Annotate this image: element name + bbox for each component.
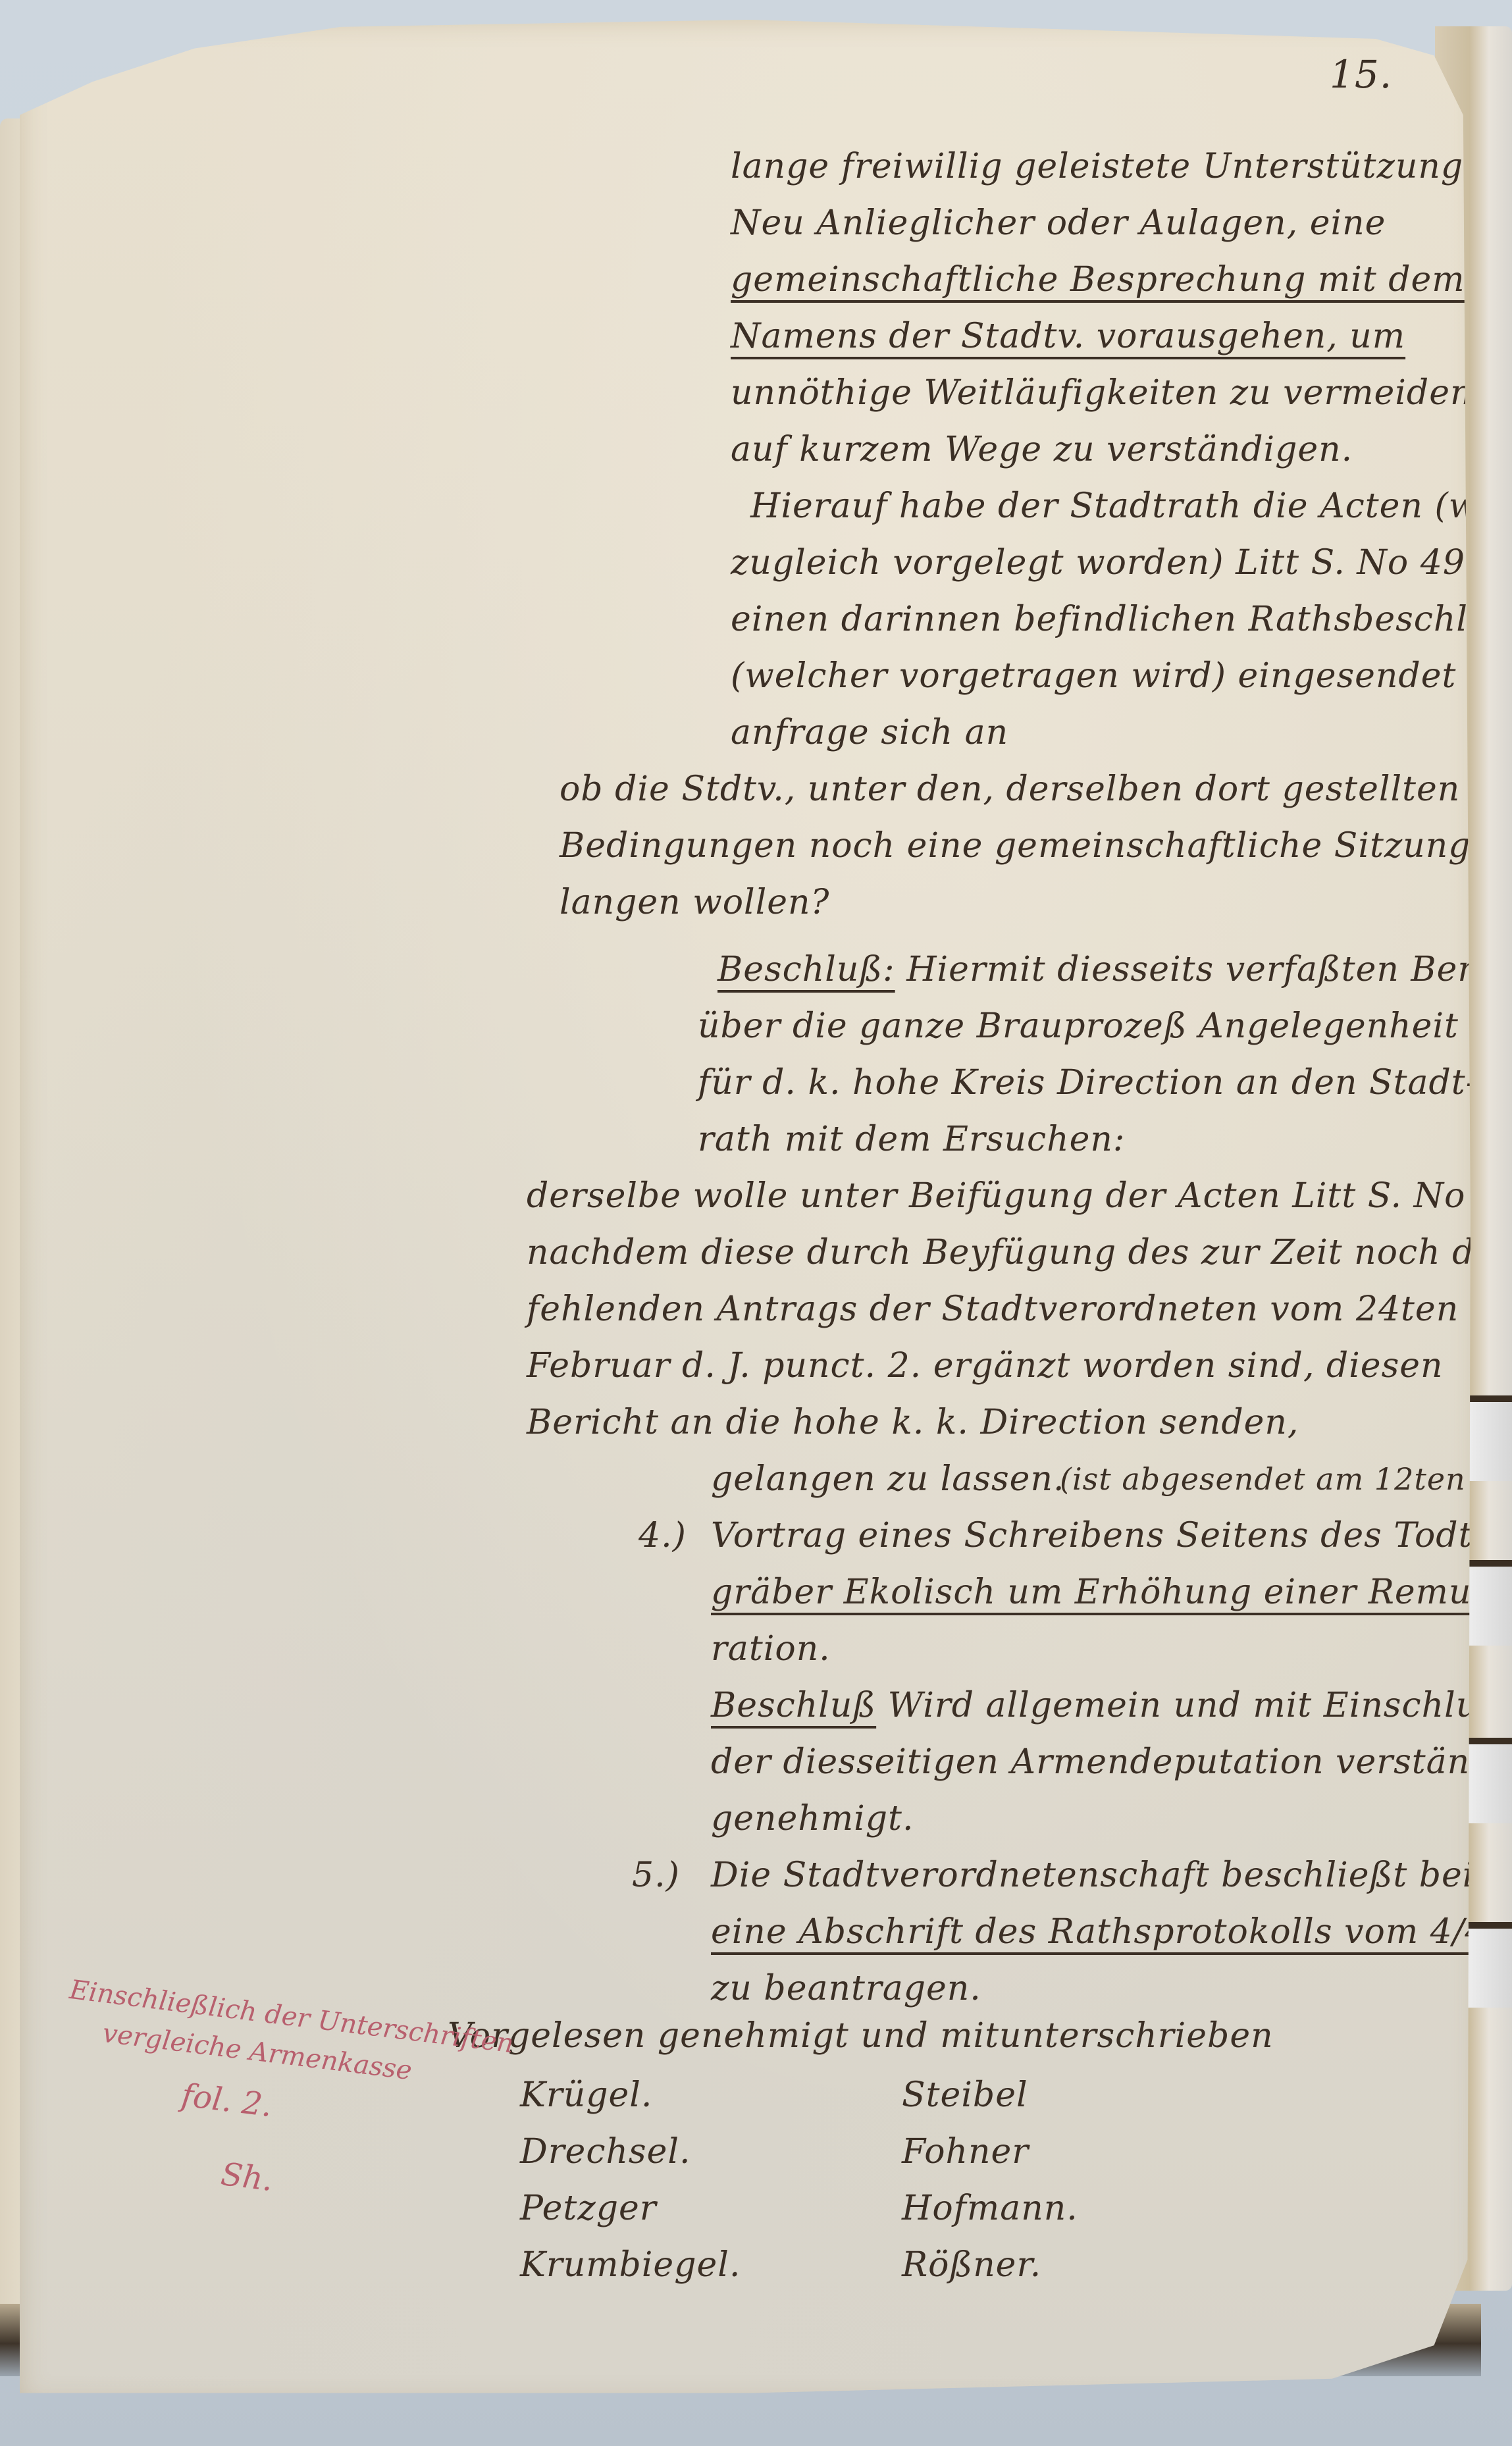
- text-line: nachdem diese durch Beyfügung des zur Ze…: [527, 1224, 1512, 1281]
- resolution-block: Beschluß: Hiermit diesseits verfaßten Be…: [717, 941, 1512, 998]
- folio-number: 15.: [1330, 46, 1392, 103]
- text-line: lange freiwillig geleistete Unterstützun…: [731, 138, 1512, 195]
- text-line-underlined: gemeinschaftliche Besprechung mit dem St…: [731, 251, 1512, 308]
- text-line: Hiermit diesseits verfaßten Bericht: [906, 950, 1512, 989]
- text-line: für d. k. hohe Kreis Direction an den St…: [698, 1054, 1478, 1111]
- text-line: auf kurzem Wege zu verständigen.: [731, 421, 1353, 478]
- resolution-label: Beschluß:: [717, 950, 895, 989]
- text-line: langen wollen?: [560, 874, 829, 931]
- text-line: zugleich vorgelegt worden) Litt S. No 49…: [731, 534, 1512, 591]
- margin-note-initials: Sh.: [219, 2152, 276, 2202]
- text-line: Hierauf habe der Stadtrath die Acten (we…: [750, 478, 1512, 534]
- text-line: Die Stadtverordnetenschaft beschließt be…: [711, 1847, 1512, 1904]
- signature: Petzger: [520, 2180, 657, 2237]
- text-line: Vortrag eines Schreibens Seitens des Tod…: [711, 1507, 1512, 1564]
- text-line: derselbe wolle unter Beifügung der Acten…: [527, 1168, 1512, 1224]
- text-line: über die ganze Brauprozeß Angelegenheit: [698, 998, 1459, 1054]
- text-line: einen darinnen befindlichen Rathsbeschlu…: [731, 591, 1512, 648]
- text-line: fehlenden Antrags der Stadtverordneten v…: [527, 1281, 1459, 1338]
- text-line: (welcher vorgetragen wird) eingesendet u…: [731, 648, 1512, 704]
- text-line: Neu Anlieglicher oder Aulagen, eine: [731, 195, 1386, 251]
- signature: Hofmann.: [902, 2180, 1078, 2237]
- text-line: gelangen zu lassen.: [711, 1451, 1064, 1507]
- manuscript-page: 15. lange freiwillig geleistete Unterstü…: [20, 20, 1478, 2403]
- text-line: Februar d. J. punct. 2. ergänzt worden s…: [527, 1338, 1444, 1394]
- closing-formula: Vorgelesen genehmigt und mitunterschrieb…: [448, 2008, 1274, 2064]
- signature: Krügel.: [520, 2067, 652, 2123]
- facing-page-edge: [0, 118, 23, 2304]
- text-line: ration.: [711, 1621, 831, 1677]
- text-line: Wird allgemein und mit Einschluß: [888, 1686, 1502, 1725]
- page-tab: [1461, 1922, 1512, 2008]
- text-line-underlined: gräber Ekolisch um Erhöhung einer Remune…: [711, 1564, 1512, 1621]
- signature: Fohner: [902, 2123, 1029, 2180]
- text-line: anfrage sich an: [731, 704, 1008, 761]
- text-line: der diesseitigen Armendeputation verstän…: [711, 1734, 1512, 1790]
- text-line: ob die Stdtv., unter den, derselben dort…: [560, 761, 1460, 818]
- item-number: 4.): [639, 1507, 687, 1564]
- text-line: Bericht an die hohe k. k. Direction send…: [527, 1394, 1299, 1451]
- item-number: 5.): [632, 1847, 680, 1904]
- signature: Steibel: [902, 2067, 1028, 2123]
- signature: Drechsel.: [520, 2123, 691, 2180]
- text-line: unnöthige Weitläufigkeiten zu vermeiden …: [731, 365, 1512, 421]
- text-line: Bedingungen noch eine gemeinschaftliche …: [560, 818, 1512, 874]
- text-line: rath mit dem Ersuchen:: [698, 1111, 1125, 1168]
- signature: Krumbiegel.: [520, 2237, 741, 2293]
- margin-note-folio: fol. 2.: [179, 2073, 274, 2127]
- resolution-block: Beschluß Wird allgemein und mit Einschlu…: [711, 1677, 1502, 1734]
- signature: Rößner.: [902, 2237, 1041, 2293]
- resolution-label: Beschluß: [711, 1686, 876, 1725]
- text-line-underlined: Namens der Stadtv. vorausgehen, um: [731, 308, 1405, 365]
- dispatch-note: (ist abgesendet am 12ten April).: [1060, 1451, 1512, 1507]
- text-line: genehmigt.: [711, 1790, 914, 1847]
- text-line-underlined: eine Abschrift des Rathsprotokolls vom 4…: [711, 1904, 1512, 1960]
